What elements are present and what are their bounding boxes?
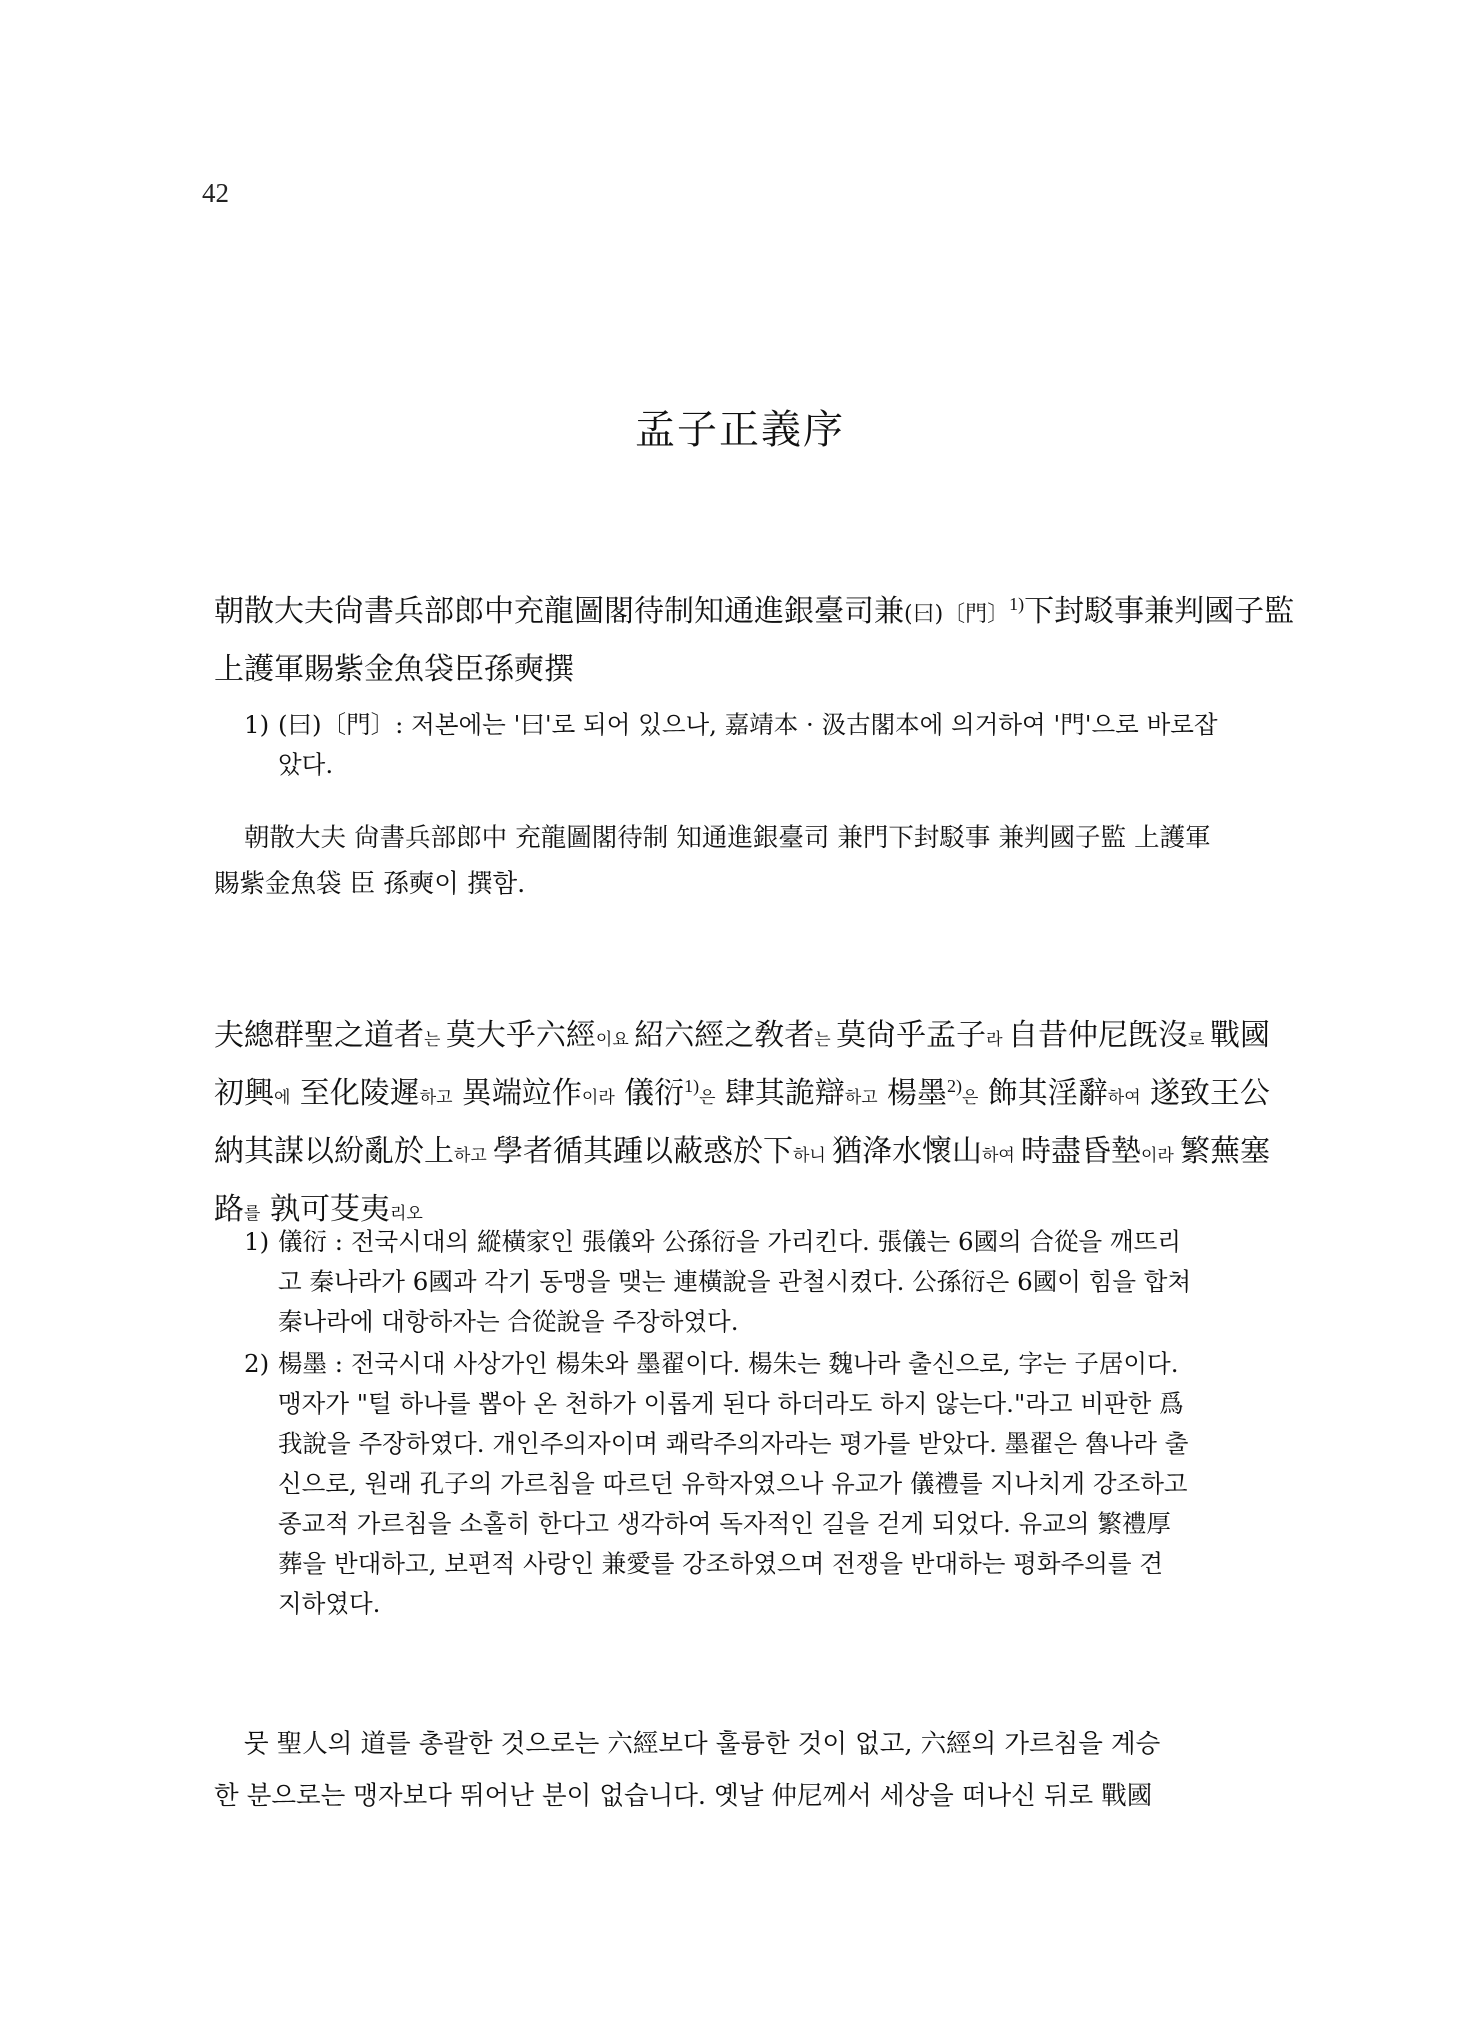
author-line-1: 朝散大夫尙書兵部郎中充龍圖閣待制知通進銀臺司兼(曰)〔門〕1)下封駁事兼判國子監: [214, 583, 1270, 641]
main-text: 夫總群聖之道者는莫大乎六經이요紹六經之敎者는莫尙乎孟子라自昔仲尼旣沒로戰國 初興…: [214, 1007, 1270, 1239]
translation-line: 賜紫金魚袋 臣 孫奭이 撰함.: [214, 861, 1270, 907]
author-footnote: 1) (曰)〔門〕: 저본에는 '曰'로 되어 있으나, 嘉靖本 · 汲古閣本에…: [244, 705, 1268, 785]
footnote-line: 1) 儀衍 : 전국시대의 縱橫家인 張儀와 公孫衍을 가리킨다. 張儀는 6國…: [244, 1222, 1268, 1262]
footnote-line: 1) (曰)〔門〕: 저본에는 '曰'로 되어 있으나, 嘉靖本 · 汲古閣本에…: [244, 705, 1268, 745]
main-text-line: 夫總群聖之道者는莫大乎六經이요紹六經之敎者는莫尙乎孟子라自昔仲尼旣沒로戰國: [214, 1007, 1270, 1065]
footnote-line: 고 秦나라가 6國과 각기 동맹을 맺는 連橫說을 관철시켰다. 公孫衍은 6國…: [244, 1262, 1268, 1302]
main-text-line: 初興에至化陵遲하고異端竝作이라儀衍1)은肆其詭辯하고楊墨2)은飾其淫辭하여遂致王…: [214, 1065, 1270, 1123]
footnote-2: 2) 楊墨 : 전국시대 사상가인 楊朱와 墨翟이다. 楊朱는 魏나라 출신으로…: [244, 1344, 1268, 1624]
footnote-line: 2) 楊墨 : 전국시대 사상가인 楊朱와 墨翟이다. 楊朱는 魏나라 출신으로…: [244, 1344, 1268, 1384]
author-translation: 朝散大夫 尙書兵部郎中 充龍圖閣待制 知通進銀臺司 兼門下封駁事 兼判國子監 上…: [214, 815, 1270, 907]
footnote-line: 지하였다.: [244, 1584, 1268, 1624]
page-title: 孟子正義序: [0, 398, 1480, 455]
footnote-line: 신으로, 원래 孔子의 가르침을 따르던 유학자였으나 유교가 儀禮를 지나치게…: [244, 1464, 1268, 1504]
footnote-line: 秦나라에 대항하자는 合從說을 주장하였다.: [244, 1302, 1268, 1342]
footnote-1: 1) 儀衍 : 전국시대의 縱橫家인 張儀와 公孫衍을 가리킨다. 張儀는 6國…: [244, 1222, 1268, 1342]
footnote-line: 葬을 반대하고, 보편적 사랑인 兼愛를 강조하였으며 전쟁을 반대하는 평화주…: [244, 1544, 1268, 1584]
footnote-marker: 1): [244, 1222, 278, 1262]
footnote-marker: 2): [244, 1344, 278, 1384]
translation-line: 한 분으로는 맹자보다 뛰어난 분이 없습니다. 옛날 仲尼께서 세상을 떠나신…: [214, 1770, 1270, 1822]
footnote-line: 맹자가 "털 하나를 뽑아 온 천하가 이롭게 된다 하더라도 하지 않는다."…: [244, 1384, 1268, 1424]
main-footnotes: 1) 儀衍 : 전국시대의 縱橫家인 張儀와 公孫衍을 가리킨다. 張儀는 6國…: [244, 1222, 1268, 1624]
main-translation: 뭇 聖人의 道를 총괄한 것으로는 六經보다 훌륭한 것이 없고, 六經의 가르…: [214, 1718, 1270, 1822]
translation-line: 뭇 聖人의 道를 총괄한 것으로는 六經보다 훌륭한 것이 없고, 六經의 가르…: [214, 1718, 1270, 1770]
footnote-line: 았다.: [244, 745, 1268, 785]
footnote-line: 종교적 가르침을 소홀히 한다고 생각하여 독자적인 길을 걷게 되었다. 유교…: [244, 1504, 1268, 1544]
footnote-marker: 1): [244, 705, 278, 745]
author-line: 朝散大夫尙書兵部郎中充龍圖閣待制知通進銀臺司兼(曰)〔門〕1)下封駁事兼判國子監…: [214, 583, 1270, 699]
translation-line: 朝散大夫 尙書兵部郎中 充龍圖閣待制 知通進銀臺司 兼門下封駁事 兼判國子監 上…: [214, 815, 1270, 861]
main-text-line: 納其謀以紛亂於上하고學者循其踵以蔽惑於下하니猶洚水懷山하여時盡昏墊이라繁蕪塞: [214, 1123, 1270, 1181]
author-line-2: 上護軍賜紫金魚袋臣孫奭撰: [214, 641, 1270, 699]
footnote-line: 我說을 주장하였다. 개인주의자이며 쾌락주의자라는 평가를 받았다. 墨翟은 …: [244, 1424, 1268, 1464]
page-number: 42: [202, 178, 229, 209]
